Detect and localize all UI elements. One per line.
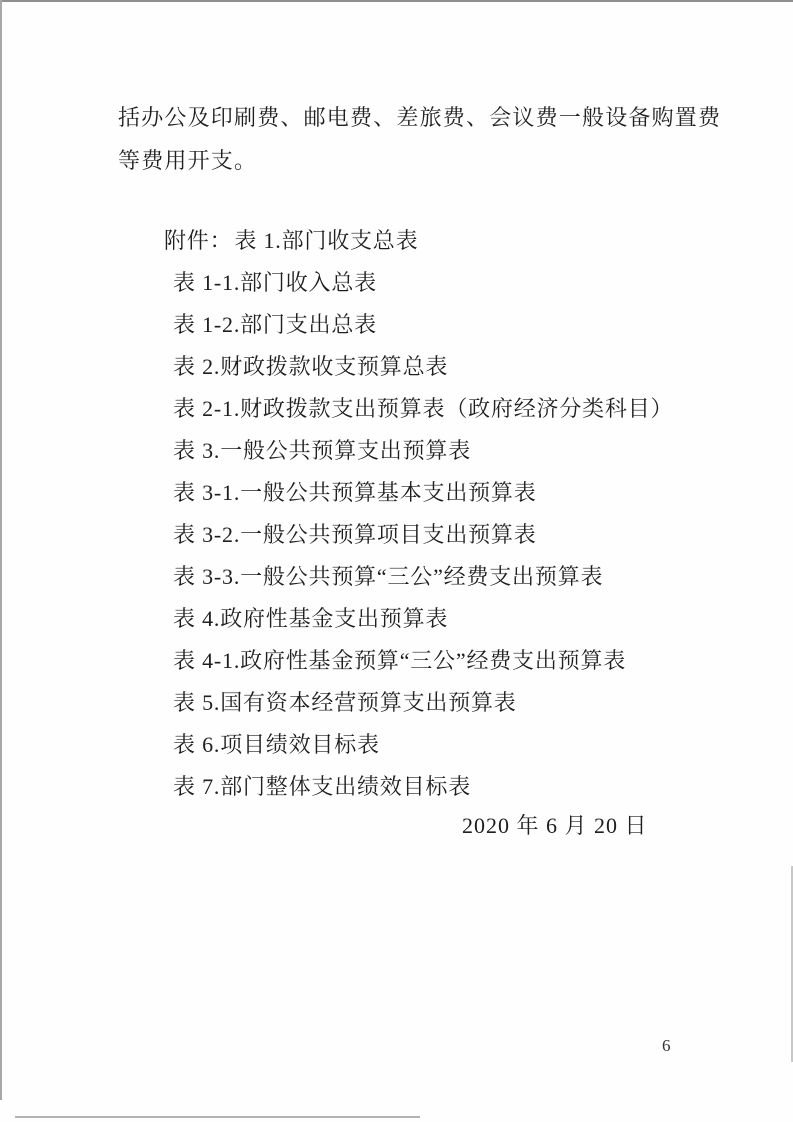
attachment-item: 表 1.部门收支总表 <box>234 228 418 253</box>
attachment-item: 表 2-1.财政拨款支出预算表（政府经济分类科目） <box>164 388 724 430</box>
page-number: 6 <box>662 1036 671 1056</box>
attachment-item: 表 3.一般公共预算支出预算表 <box>164 430 724 472</box>
scan-edge-top <box>0 0 793 2</box>
attachment-item: 表 1-1.部门收入总表 <box>164 262 724 304</box>
attachment-item: 表 2.财政拨款收支预算总表 <box>164 346 724 388</box>
attachment-item: 表 6.项目绩效目标表 <box>164 724 724 766</box>
attachment-item: 表 4-1.政府性基金预算“三公”经费支出预算表 <box>164 640 724 682</box>
attachment-row: 附件：表 1.部门收支总表 <box>164 220 724 262</box>
attachment-item: 表 3-2.一般公共预算项目支出预算表 <box>164 514 724 556</box>
document-page: 括办公及印刷费、邮电费、差旅费、会议费一般设备购置费 等费用开支。 附件：表 1… <box>0 0 793 1122</box>
attachment-item: 表 1-2.部门支出总表 <box>164 304 724 346</box>
attachment-item: 表 3-3.一般公共预算“三公”经费支出预算表 <box>164 556 724 598</box>
attachment-item: 表 3-1.一般公共预算基本支出预算表 <box>164 472 724 514</box>
attachment-label: 附件： <box>164 228 232 253</box>
attachment-list: 附件：表 1.部门收支总表 表 1-1.部门收入总表 表 1-2.部门支出总表 … <box>164 220 724 808</box>
paragraph-line-1: 括办公及印刷费、邮电费、差旅费、会议费一般设备购置费 <box>118 96 680 139</box>
attachment-item: 表 7.部门整体支出绩效目标表 <box>164 766 724 808</box>
scan-edge-left <box>0 0 2 1100</box>
body-paragraph: 括办公及印刷费、邮电费、差旅费、会议费一般设备购置费 等费用开支。 <box>118 96 680 182</box>
attachment-item: 表 5.国有资本经营预算支出预算表 <box>164 682 724 724</box>
document-date: 2020 年 6 月 20 日 <box>462 806 648 846</box>
attachment-item: 表 4.政府性基金支出预算表 <box>164 598 724 640</box>
paragraph-line-2: 等费用开支。 <box>118 139 680 182</box>
scan-edge-bottom <box>15 1116 420 1118</box>
